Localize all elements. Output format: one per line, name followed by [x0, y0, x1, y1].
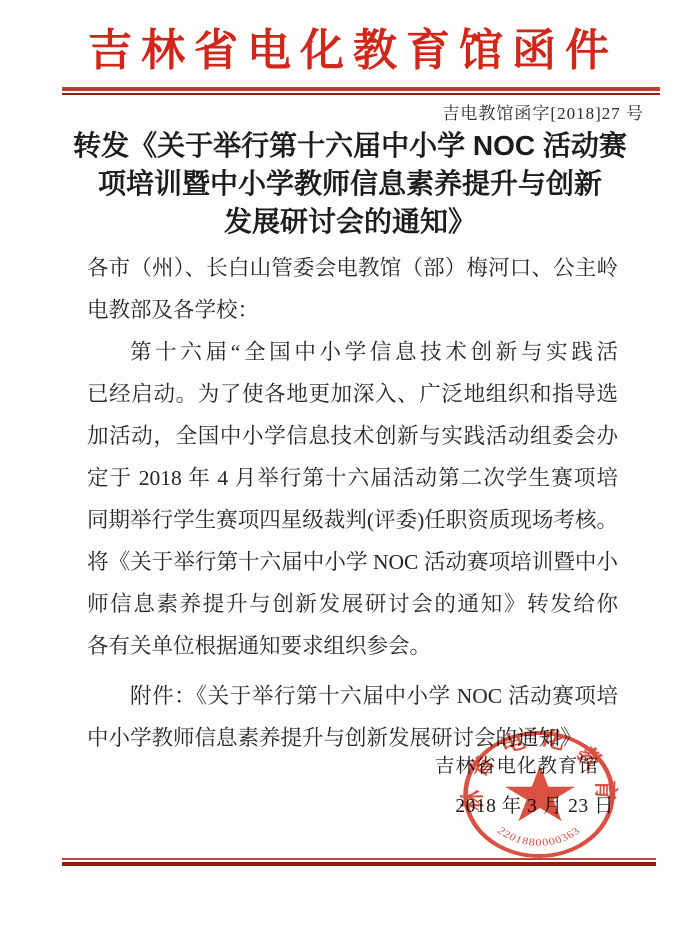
body-line: 各有关单位根据通知要求组织参会。 — [87, 625, 618, 667]
footer-double-rule — [62, 858, 656, 866]
body-line: 师信息素养提升与创新发展研讨会的通知》转发给你们，请 — [87, 583, 618, 625]
body-line: 将《关于举行第十六届中小学 NOC 活动赛项培训暨中小学教 — [87, 541, 618, 583]
header-rule-thick-line — [62, 87, 660, 91]
body-line: 已经启动。为了使各地更加深入、广泛地组织和指导选手参 — [87, 373, 618, 415]
star-icon — [505, 765, 575, 821]
salutation-line: 电教部及各学校： — [87, 289, 618, 331]
document-title: 转发《关于举行第十六届中小学 NOC 活动赛 项培训暨中小学教师信息素养提升与创… — [40, 127, 660, 241]
footer-rule-thick-line — [62, 862, 656, 866]
body-line: 加活动，全国中小学信息技术创新与实践活动组委会办公室 — [87, 415, 618, 457]
salutation-line: 各市（州）、长白山管委会电教馆（部）梅河口、公主岭市 — [87, 247, 618, 289]
body-line: 同期举行学生赛项四星级裁判(评委)任职资质现场考核。现 — [87, 499, 618, 541]
official-seal: 吉林省电化教育馆 2201880000363 — [437, 709, 641, 880]
seal-serial-number: 2201880000363 — [495, 825, 584, 848]
header-double-rule — [62, 87, 660, 95]
title-line-2: 项培训暨中小学教师信息素养提升与创新 — [40, 165, 660, 203]
title-line-1: 转发《关于举行第十六届中小学 NOC 活动赛 — [40, 127, 660, 165]
svg-text:2201880000363: 2201880000363 — [495, 825, 584, 848]
letterhead-title: 吉林省电化教育馆函件 — [0, 14, 700, 78]
header-rule-thin-line — [62, 93, 660, 95]
document-body: 各市（州）、长白山管委会电教馆（部）梅河口、公主岭市 电教部及各学校： 第十六届… — [87, 247, 618, 759]
document-page: 吉林省电化教育馆函件 吉电教馆函字[2018]27 号 转发《关于举行第十六届中… — [0, 0, 700, 932]
title-line-3: 发展研讨会的通知》 — [40, 203, 660, 241]
body-line: 第十六届“全国中小学信息技术创新与实践活动”(NOC) — [87, 331, 618, 373]
footer-rule-thin-line — [62, 858, 656, 860]
body-line: 定于 2018 年 4 月举行第十六届活动第二次学生赛项培训， — [87, 457, 618, 499]
document-number: 吉电教馆函字[2018]27 号 — [442, 99, 644, 124]
